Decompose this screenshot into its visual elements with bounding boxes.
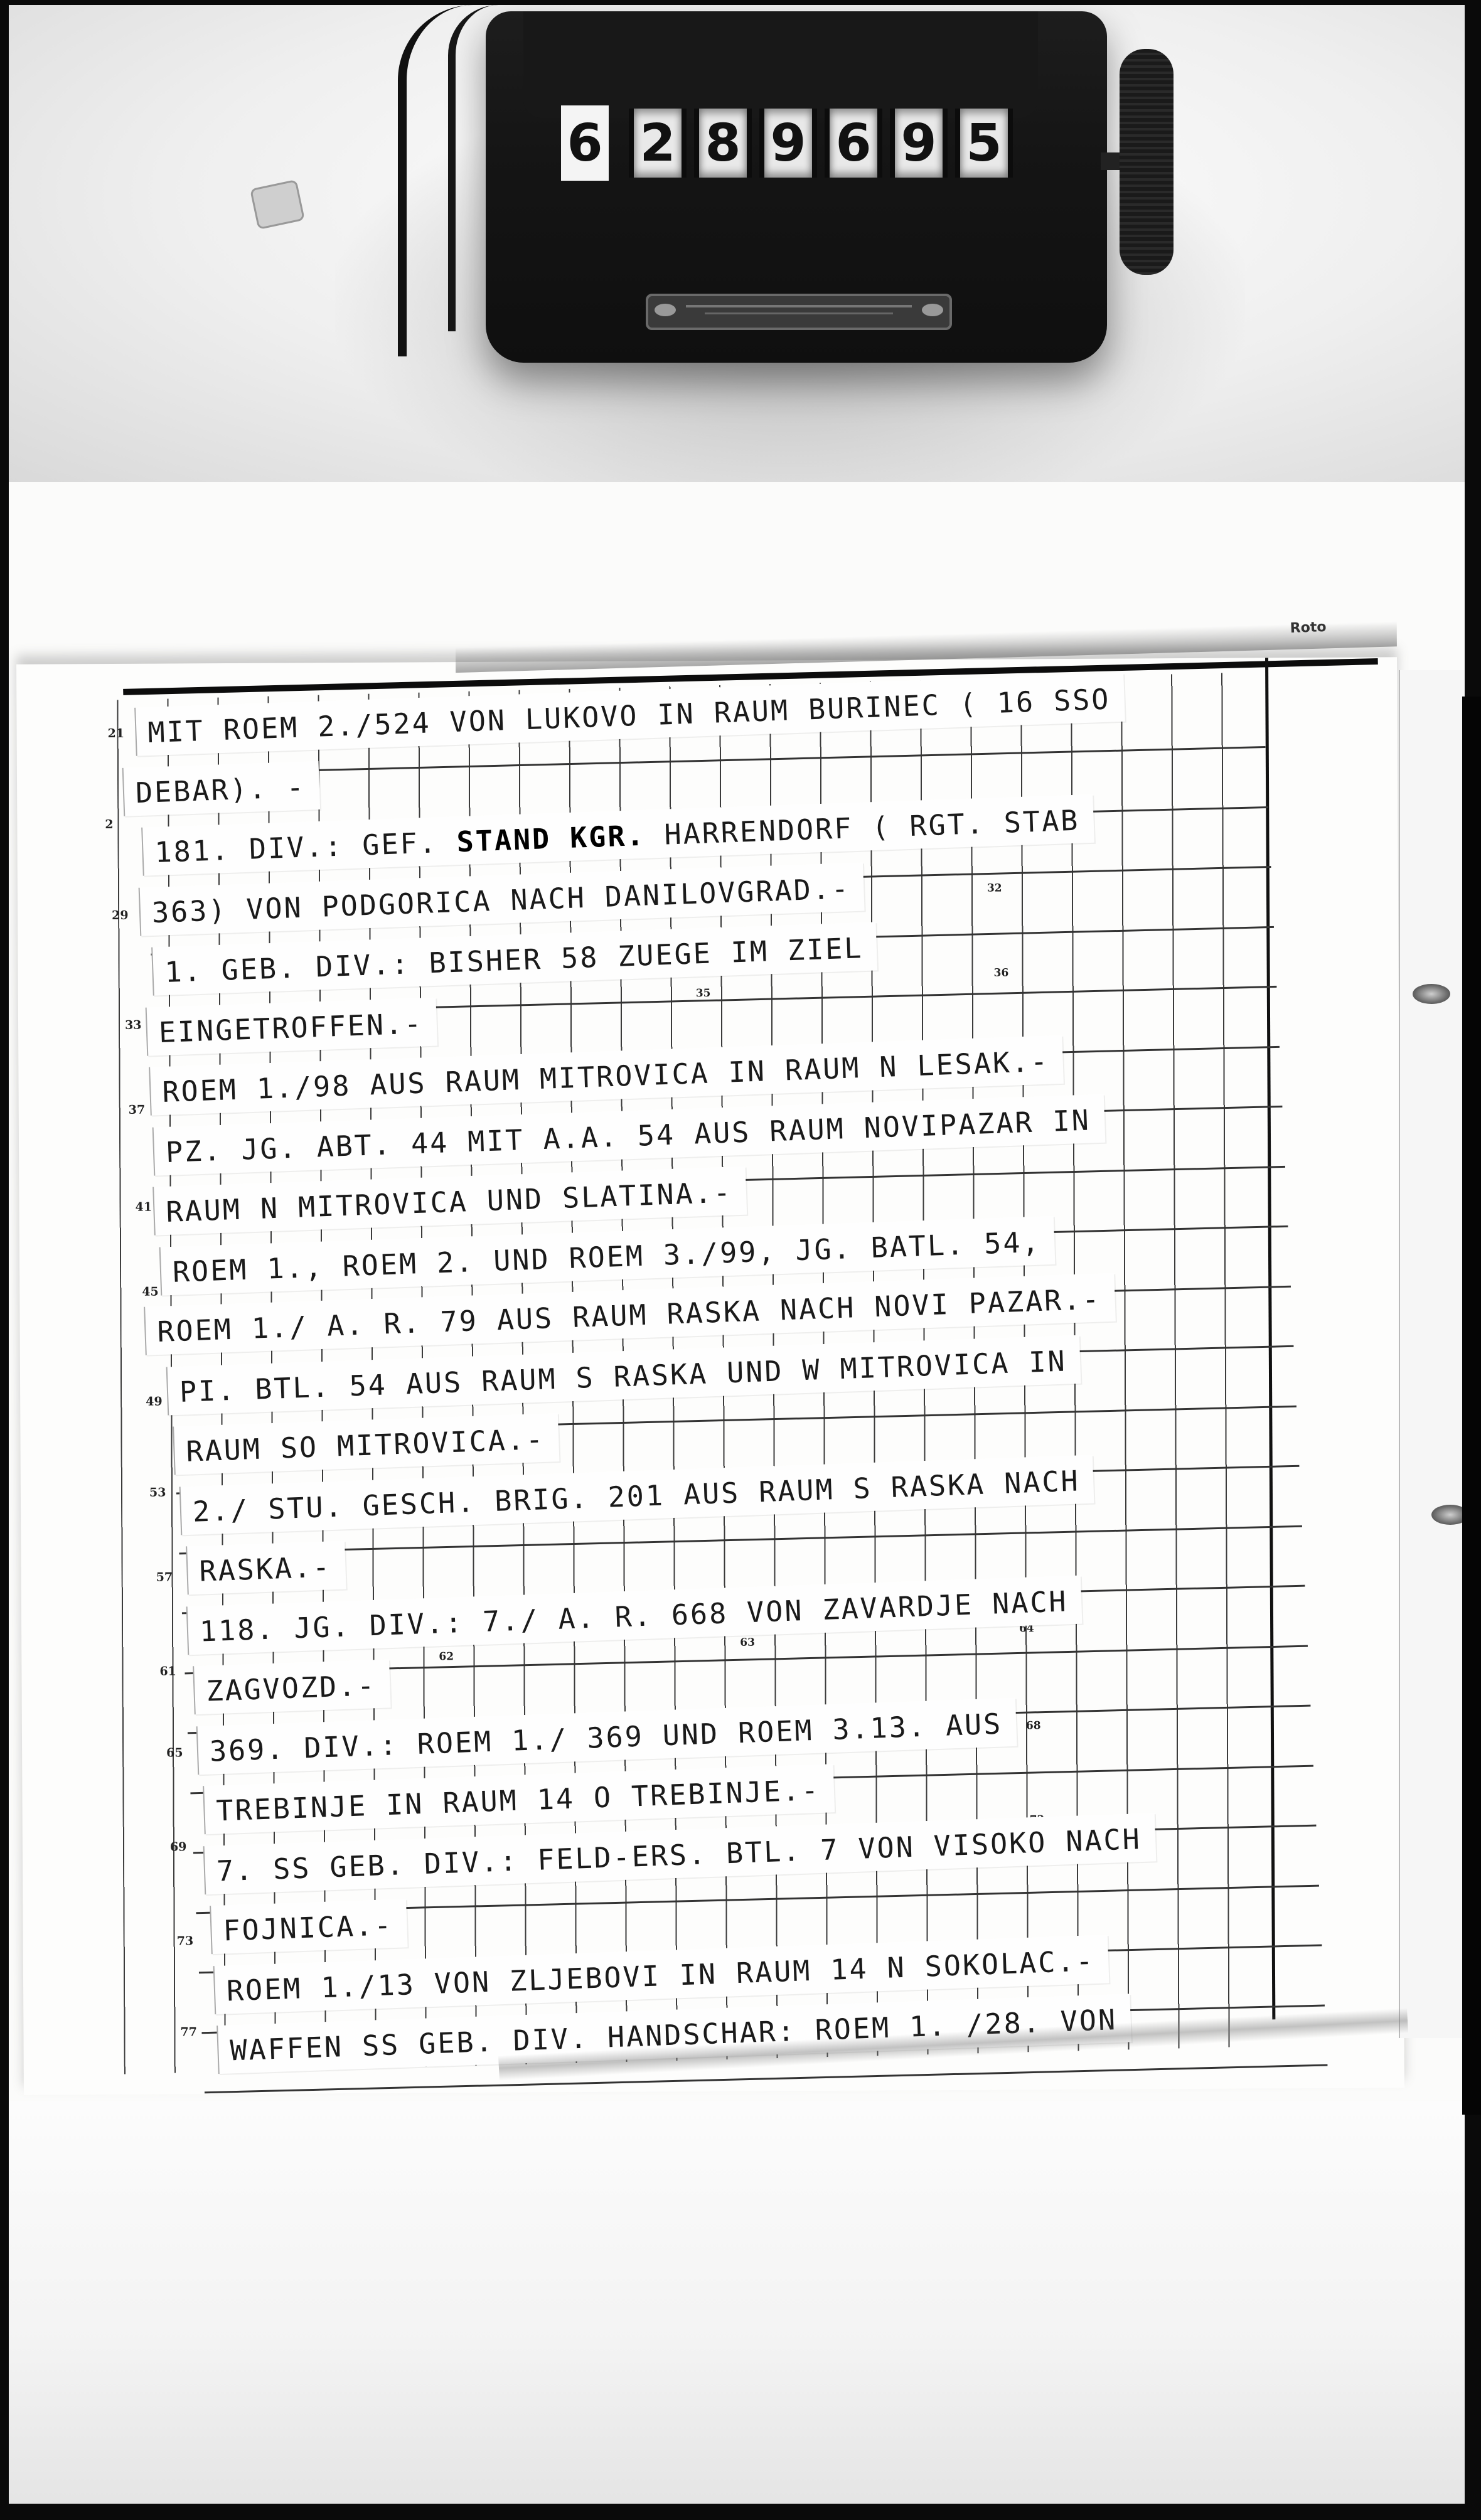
line-number: 29	[112, 909, 129, 922]
line-number: 41	[136, 1200, 152, 1214]
counter-nameplate	[646, 294, 952, 330]
grid-column-number: 62	[439, 1650, 454, 1663]
counter-digit: 9	[890, 109, 948, 178]
counter-digit: 5	[955, 109, 1013, 178]
line-number: 77	[180, 2025, 197, 2039]
line-text: 181. DIV.: GEF.	[154, 825, 457, 869]
line-number: 53	[149, 1486, 166, 1500]
line-number: 49	[146, 1395, 163, 1409]
line-number: 61	[159, 1664, 176, 1678]
teletype-form-sheet: Roto 21229333741454953576165697377 32353…	[16, 657, 1404, 2095]
binder-margin	[1399, 670, 1465, 2038]
teletype-line: DEBAR). -	[122, 761, 320, 816]
grid-column-number: 63	[740, 1636, 755, 1649]
teletype-line: RASKA.-	[186, 1541, 346, 1595]
line-number: 65	[166, 1746, 183, 1759]
counter-digit-prefix: 6	[561, 105, 609, 181]
corner-stamp: Roto	[1290, 619, 1327, 636]
line-number: 45	[142, 1285, 159, 1299]
counter-digit: 2	[629, 109, 687, 178]
counter-digit: 9	[759, 109, 817, 178]
grid-column-number: 32	[987, 882, 1002, 895]
punch-hole-icon	[1431, 1505, 1465, 1525]
reset-knob-icon	[1120, 49, 1174, 275]
line-number: 69	[170, 1840, 187, 1854]
debris-fleck	[250, 179, 305, 230]
mechanical-counter: 6 2 8 9 6 9 5	[486, 11, 1107, 363]
counter-digit: 8	[694, 109, 752, 178]
counter-housing-top	[523, 11, 1038, 118]
film-edge	[0, 2504, 1481, 2520]
grid-column-number: 36	[994, 967, 1009, 980]
line-number: 21	[108, 727, 125, 740]
blank-backing	[9, 2101, 1465, 2509]
line-number: 73	[177, 1934, 194, 1948]
counter-digits: 6 2 8 9 6 9 5	[561, 105, 1013, 181]
grid-column-number: 68	[1026, 1719, 1041, 1732]
film-edge	[1462, 697, 1481, 2115]
teletype-line: FOJNICA.-	[210, 1899, 407, 1954]
teletype-line: ZAGVOZD.-	[193, 1659, 390, 1714]
line-text-bold: STAND KGR.	[456, 819, 646, 858]
line-text: HARRENDORF ( RGT. STAB	[645, 804, 1081, 852]
line-number: 37	[129, 1103, 146, 1117]
counter-cable	[448, 5, 506, 331]
grid-column-number: 35	[696, 987, 711, 1000]
teletype-line: EINGETROFFEN.-	[146, 997, 438, 1055]
microfilm-frame: 6 2 8 9 6 9 5 Roto 212293337414549535761	[9, 5, 1465, 2509]
counter-photo: 6 2 8 9 6 9 5	[9, 5, 1465, 482]
punch-hole-icon	[1413, 984, 1450, 1004]
line-number: 57	[156, 1570, 173, 1584]
line-number: 33	[125, 1018, 142, 1032]
line-number: 2	[105, 818, 113, 831]
counter-digit: 6	[825, 109, 882, 178]
